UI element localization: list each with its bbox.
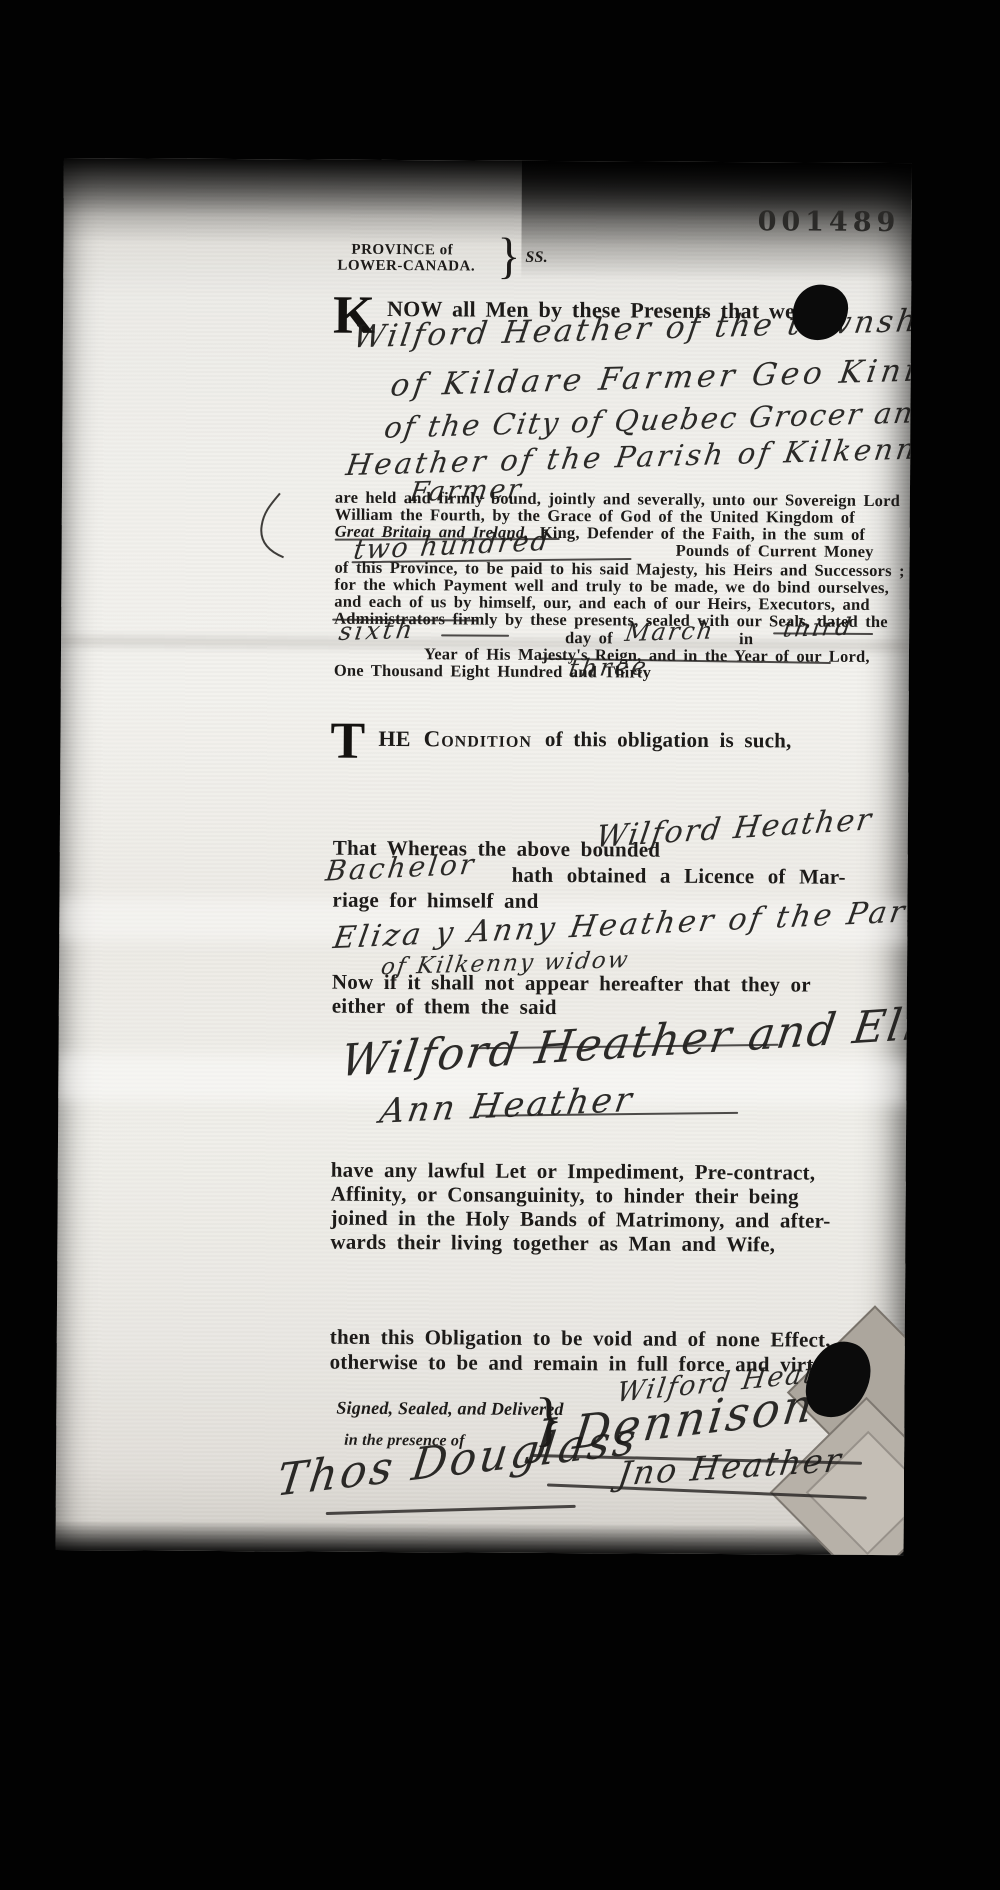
condition-rest: of this obligation is such, [545, 727, 792, 755]
condition-he: HE [378, 726, 410, 752]
handwritten-status: Bachelor [324, 850, 478, 885]
serial-number-stamp: 001489 [758, 206, 901, 238]
ss-label: SS. [525, 249, 548, 267]
microfilm-scan: 001489 PROVINCE of LOWER-CANADA. } SS. K… [0, 0, 1000, 1890]
handwritten-year-word: three [567, 654, 650, 680]
condition-line: HE Condition of this obligation is such, [378, 726, 791, 755]
handwritten-day: sixth [337, 617, 417, 644]
printed-line: Pounds of Current Money [676, 541, 874, 562]
condition-keyword: Condition [424, 726, 532, 753]
attestation-label: Signed, Sealed, and Delivered [336, 1398, 563, 1420]
printed-line: wards their living together as Man and W… [330, 1230, 775, 1258]
printed-line: riage for himself and [332, 888, 538, 914]
condition-dropcap: T [330, 716, 365, 768]
bottom-edge-shadow [55, 1520, 903, 1555]
handwritten-obligors-line: Farmer [408, 476, 524, 506]
jurisdiction-brace: } [497, 231, 520, 282]
province-line1: PROVINCE of [351, 242, 453, 260]
printed-line: either of them the said [332, 994, 557, 1020]
margin-pen-mark [241, 489, 287, 569]
province-line2: LOWER-CANADA. [337, 258, 475, 276]
handwritten-reign-year: third [781, 615, 854, 641]
handwritten-month: March [623, 618, 716, 645]
printed-line: then this Obligation to be void and of n… [330, 1325, 831, 1353]
blank-line-dash [441, 634, 509, 636]
document-paper: 001489 PROVINCE of LOWER-CANADA. } SS. K… [55, 158, 911, 1555]
printed-line: hath obtained a Licence of Mar- [512, 863, 846, 890]
